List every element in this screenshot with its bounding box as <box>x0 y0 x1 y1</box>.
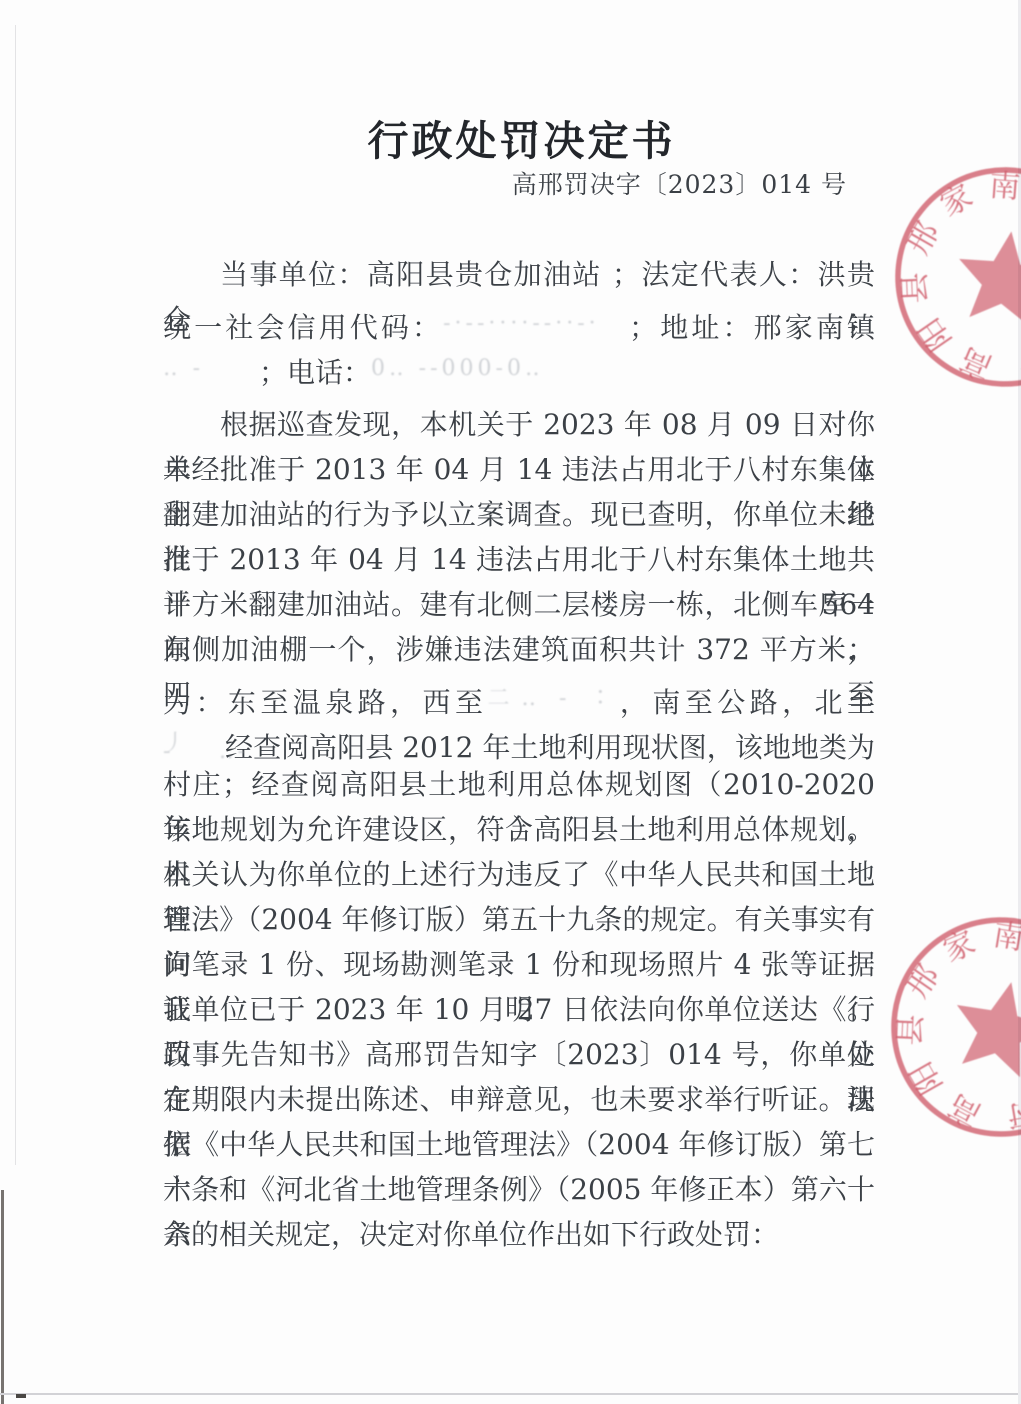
redacted-address-tail: ‥ ‐ <box>163 346 259 386</box>
body-line: 翻建加油站的行为予以立案调查。现已查明，你单位未经批 <box>163 492 875 537</box>
scan-crease-left <box>15 25 16 1165</box>
body-line: 未经批准于 2013 年 04 月 14 违法占用北于八村东集体土地 <box>163 447 875 492</box>
body-line: 六条和《河北省土地管理条例》（2005 年修正本）第六十六 <box>163 1167 875 1212</box>
document-page: 行政处罚决定书 高邢罚决字〔2023〕014 号 当事单位：高阳县贵仓加油站 ；… <box>0 0 1021 1404</box>
redacted-phone-number: 0‥ ‐‐000‐0‥ <box>371 346 561 386</box>
phone-label: ；电话： <box>259 356 371 389</box>
scan-edge-left <box>1 1190 4 1404</box>
seal-star <box>951 225 1021 328</box>
body-line: 定期限内未提出陈述、申辩意见，也未要求举行听证。现依 <box>163 1077 875 1122</box>
party-info-line: ‥ ‐；电话：0‥ ‐‐000‐0‥ <box>163 342 875 387</box>
credit-code-label: 统一社会信用代码： <box>163 311 443 344</box>
document-body: 当事单位：高阳县贵仓加油站 ；法定代表人：洪贵仓； 统一社会信用代码：‐·‐‐·… <box>163 252 875 1257</box>
document-title: 行政处罚决定书 <box>11 108 1021 167</box>
body-line: 丿∵。经查阅高阳县 2012 年土地利用现状图，该地地类为 <box>163 717 875 762</box>
body-line: 理法》（2004 年修订版）第五十九条的规定。有关事实有询 <box>163 897 875 942</box>
boundary-text: 为：东至温泉路，西至 <box>163 686 487 719</box>
body-line: 问笔录 1 份、现场勘测笔录 1 份和现场照片 4 张等证据证明。 <box>163 942 875 987</box>
party-info-line: 统一社会信用代码：‐·‐‐····‐‐··‐·；地址：邢家南镇 <box>163 297 875 342</box>
body-line: 罚事先告知书》高邢罚告知字〔2023〕014 号，你单位在法 <box>163 1032 875 1077</box>
body-line: 机关认为你单位的上述行为违反了《中华人民共和国土地管 <box>163 852 875 897</box>
body-line: 为：东至温泉路，西至二‥ ‐ ∶己，南至公路，北至‐ ‥‐ <box>163 672 875 717</box>
seal-star <box>944 971 1021 1081</box>
document-number: 高邢罚决字〔2023〕014 号 <box>163 165 875 201</box>
address-label: ；地址：邢家南镇 <box>629 311 875 344</box>
boundary-text: ，南至公路，北至 <box>615 686 875 719</box>
redacted-west-boundary: 二‥ ‐ ∶己 <box>487 676 615 716</box>
body-line: 据《中华人民共和国土地管理法》（2004 年修订版）第七十 <box>163 1122 875 1167</box>
body-line: 该地规划为允许建设区，符合高阳县土地利用总体规划。本 <box>163 807 875 852</box>
body-line: 根据巡查发现，本机关于 2023 年 08 月 09 日对你单位 <box>163 402 875 447</box>
scan-edge-bottom-mark <box>16 1394 26 1398</box>
body-text: 经查阅高阳县 2012 年土地利用现状图，该地地类为 <box>225 731 875 764</box>
redacted-fragment: 丿∵。 <box>163 721 225 761</box>
party-info-line: 当事单位：高阳县贵仓加油站 ；法定代表人：洪贵仓； <box>163 252 875 297</box>
body-line: 村庄；经查阅高阳县土地利用总体规划图（2010-2020 年）， <box>163 762 875 807</box>
body-line: 东侧加油棚一个，涉嫌违法建筑面积共计 372 平方米；四至 <box>163 627 875 672</box>
redacted-credit-code: ‐·‐‐····‐‐··‐· <box>443 301 629 341</box>
official-seal-bottom: 高阳县邢家南镇人民政府 <box>866 892 1021 1163</box>
scan-edge-bottom <box>0 1393 1021 1395</box>
body-line: 条的相关规定，决定对你单位作出如下行政处罚： <box>163 1212 875 1257</box>
body-line: 平方米翻建加油站。建有北侧二层楼房一栋，北侧车库一间， <box>163 582 875 627</box>
body-line: 我单位已于 2023 年 10 月 27 日依法向你单位送达《行政处 <box>163 987 875 1032</box>
body-line: 准于 2013 年 04 月 14 违法占用北于八村东集体土地共计 564 <box>163 537 875 582</box>
official-seal-top: 高阳县邢家南镇人民政府 <box>860 132 1021 422</box>
